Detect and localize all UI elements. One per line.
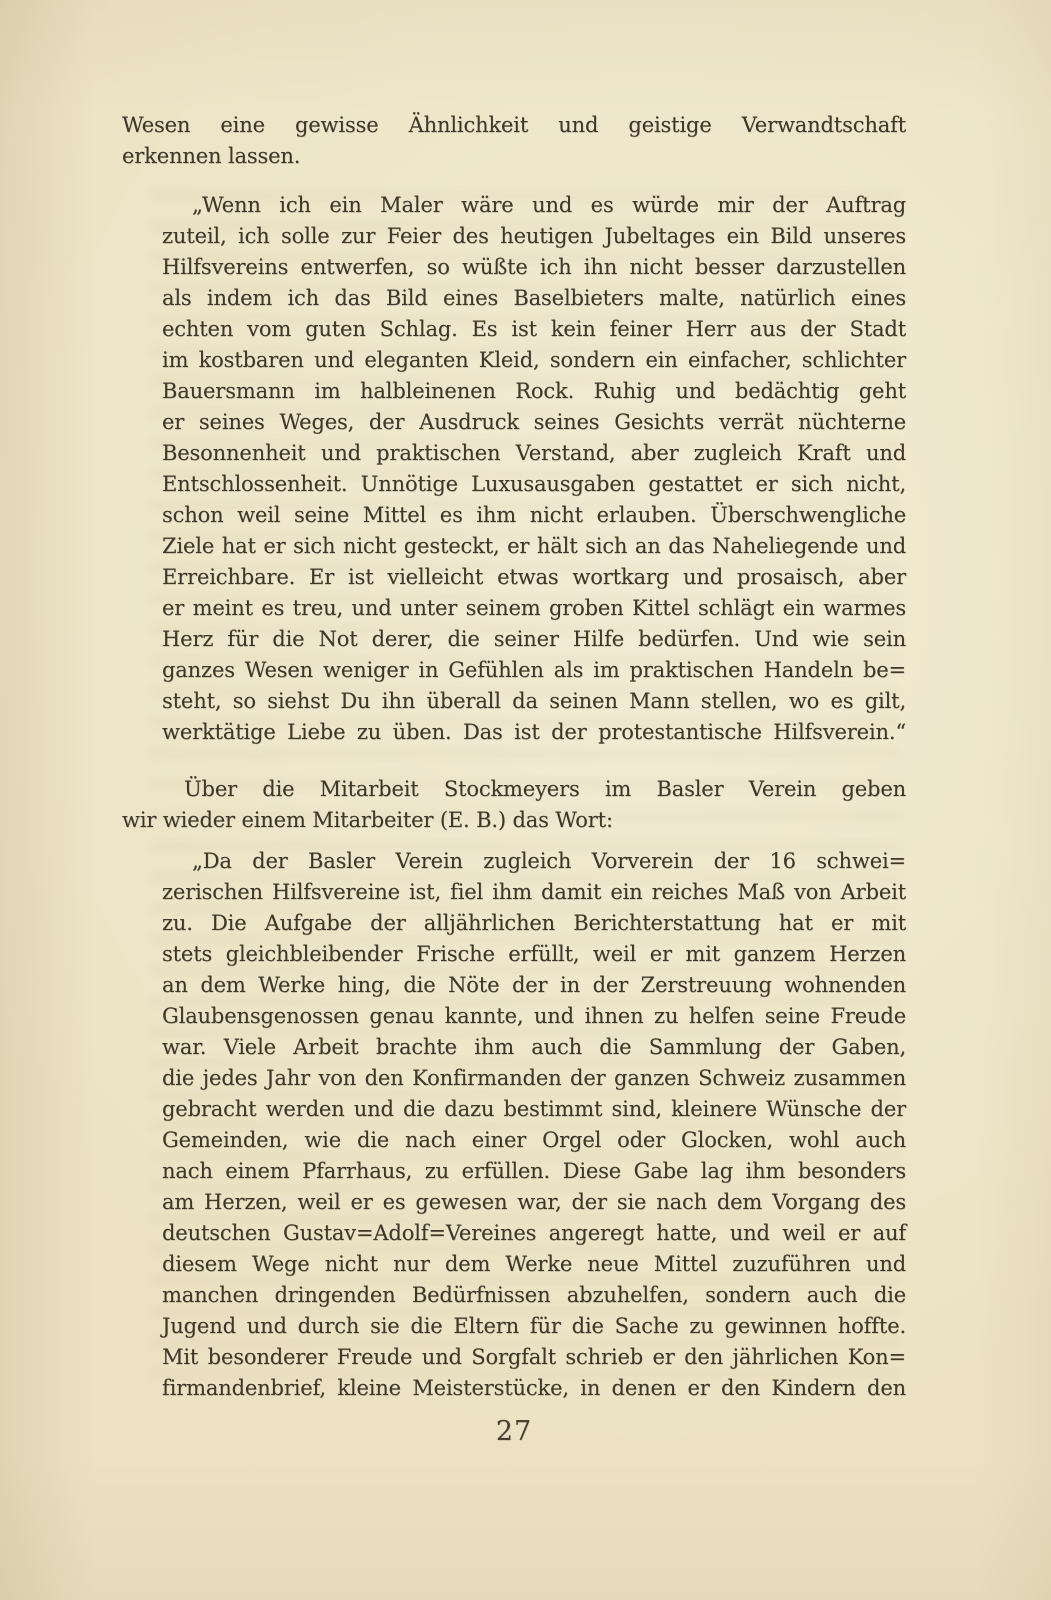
text-line: zerischen Hilfsvereine ist, fiel ihm dam… <box>162 877 906 908</box>
text-line: steht, so siehst Du ihn überall da seine… <box>162 686 906 717</box>
quote-paragraph: „Wenn ich ein Maler wäre und es würde mi… <box>162 190 906 748</box>
text-line: im kostbaren und eleganten Kleid, sonder… <box>162 345 906 376</box>
text-block: Wesen eine gewisse Ähnlichkeit und geist… <box>122 110 906 1404</box>
text-line: stets gleichbleibender Frische erfüllt, … <box>162 939 906 970</box>
text-line: „Da der Basler Verein zugleich Vorverein… <box>162 846 906 877</box>
text-line: wir wieder einem Mitarbeiter (E. B.) das… <box>122 805 906 836</box>
text-line: Jugend und durch sie die Eltern für die … <box>162 1311 906 1342</box>
quote-paragraph: „Da der Basler Verein zugleich Vorverein… <box>162 846 906 1404</box>
text-line: deutschen Gustav=Adolf=Vereines angeregt… <box>162 1218 906 1249</box>
text-line: echten vom guten Schlag. Es ist kein fei… <box>162 314 906 345</box>
text-line: war. Viele Arbeit brachte ihm auch die S… <box>162 1032 906 1063</box>
text-line: Erreichbare. Er ist vielleicht etwas wor… <box>162 562 906 593</box>
text-line: zuteil, ich solle zur Feier des heutigen… <box>162 221 906 252</box>
text-line: firmandenbrief, kleine Meisterstücke, in… <box>162 1373 906 1404</box>
text-line: am Herzen, weil er es gewesen war, der s… <box>162 1187 906 1218</box>
text-line: er meint es treu, und unter seinem grobe… <box>162 593 906 624</box>
text-line: Besonnenheit und praktischen Verstand, a… <box>162 438 906 469</box>
book-page: Wesen eine gewisse Ähnlichkeit und geist… <box>0 0 1051 1600</box>
text-line: ganzes Wesen weniger in Gefühlen als im … <box>162 655 906 686</box>
text-line: als indem ich das Bild eines Baselbieter… <box>162 283 906 314</box>
paragraph: Wesen eine gewisse Ähnlichkeit und geist… <box>122 110 906 172</box>
text-line: manchen dringenden Bedürfnissen abzuhelf… <box>162 1280 906 1311</box>
text-line: Bauersmann im halbleinenen Rock. Ruhig u… <box>162 376 906 407</box>
text-line: Hilfsvereins entwerfen, so wüßte ich ihn… <box>162 252 906 283</box>
text-line: „Wenn ich ein Maler wäre und es würde mi… <box>162 190 906 221</box>
text-line: erkennen lassen. <box>122 141 906 172</box>
text-line: an dem Werke hing, die Nöte der in der Z… <box>162 970 906 1001</box>
text-line: schon weil seine Mittel es ihm nicht erl… <box>162 500 906 531</box>
text-line: zu. Die Aufgabe der alljährlichen Berich… <box>162 908 906 939</box>
text-line: werktätige Liebe zu üben. Das ist der pr… <box>162 717 906 748</box>
paragraph: Über die Mitarbeit Stockmeyers im Basler… <box>122 774 906 836</box>
text-line: Über die Mitarbeit Stockmeyers im Basler… <box>122 774 906 805</box>
text-line: die jedes Jahr von den Konfirmanden der … <box>162 1063 906 1094</box>
text-line: gebracht werden und die dazu bestimmt si… <box>162 1094 906 1125</box>
text-line: Gemeinden, wie die nach einer Orgel oder… <box>162 1125 906 1156</box>
text-line: diesem Wege nicht nur dem Werke neue Mit… <box>162 1249 906 1280</box>
page-number: 27 <box>122 1416 906 1448</box>
text-line: nach einem Pfarrhaus, zu erfüllen. Diese… <box>162 1156 906 1187</box>
text-line: er seines Weges, der Ausdruck seines Ges… <box>162 407 906 438</box>
text-line: Entschlossenheit. Unnötige Luxusausgaben… <box>162 469 906 500</box>
text-line: Herz für die Not derer, die seiner Hilfe… <box>162 624 906 655</box>
text-line: Ziele hat er sich nicht gesteckt, er häl… <box>162 531 906 562</box>
text-line: Glaubensgenossen genau kannte, und ihnen… <box>162 1001 906 1032</box>
text-line: Wesen eine gewisse Ähnlichkeit und geist… <box>122 110 906 141</box>
text-line: Mit besonderer Freude und Sorgfalt schri… <box>162 1342 906 1373</box>
